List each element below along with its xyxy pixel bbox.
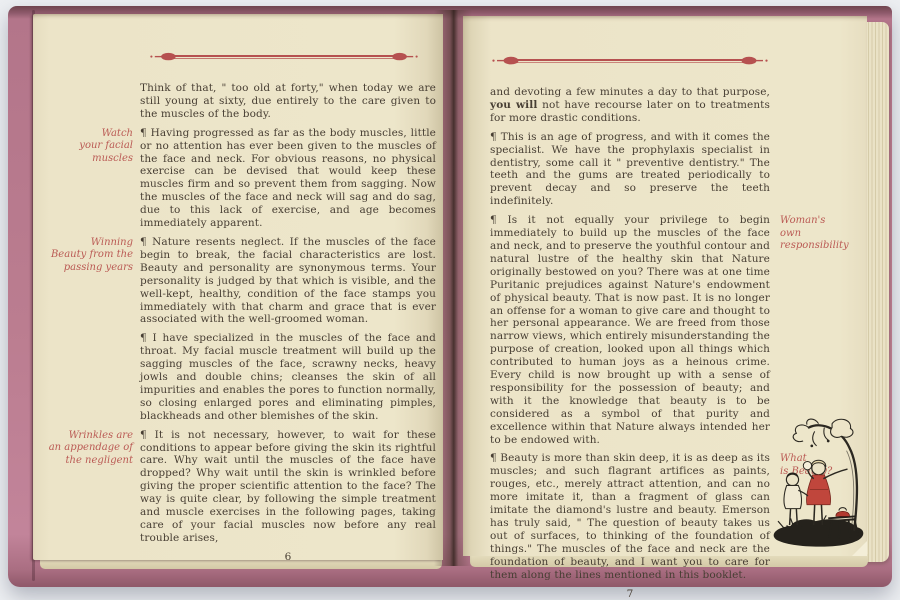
paragraph-row: ¶ Is it not equally your privilege to be… <box>463 214 867 446</box>
paragraph-row: Winning Beauty from the passing years ¶ … <box>33 236 443 326</box>
body-paragraph: ¶ Nature resents neglect. If the muscles… <box>140 236 436 326</box>
ornamental-rule-icon <box>148 52 420 62</box>
book-spread-scan: Think of that, " too old at forty," when… <box>0 0 900 600</box>
body-paragraph: and devoting a few minutes a day to that… <box>490 86 770 125</box>
margin-note <box>780 86 864 87</box>
margin-note: Woman's own responsibility <box>780 214 864 253</box>
body-paragraph: ¶ This is an age of progress, and with i… <box>490 131 770 208</box>
margin-note: Watch your facial muscles <box>33 127 133 166</box>
paragraph-row: Watch your facial muscles ¶ Having progr… <box>33 127 443 230</box>
margin-note <box>780 131 864 132</box>
body-paragraph: ¶ I have specialized in the muscles of t… <box>140 332 436 422</box>
body-paragraph: Think of that, " too old at forty," when… <box>140 82 436 121</box>
paragraph-row: Think of that, " too old at forty," when… <box>33 82 443 121</box>
margin-note <box>33 82 133 83</box>
body-paragraph: ¶ Having progressed as far as the body m… <box>140 127 436 230</box>
body-paragraph: ¶ It is not necessary, however, to wait … <box>140 429 436 545</box>
ornamental-rule-icon <box>490 56 770 66</box>
body-paragraph: ¶ Beauty is more than skin deep, it is a… <box>490 452 770 581</box>
intro-pre: and devoting a few minutes a day to that… <box>490 86 770 98</box>
left-page: Think of that, " too old at forty," when… <box>33 14 443 560</box>
margin-note: Winning Beauty from the passing years <box>33 236 133 275</box>
margin-note: Wrinkles are an appendage of the neglige… <box>33 429 133 468</box>
paragraph-row: ¶ I have specialized in the muscles of t… <box>33 332 443 422</box>
page-number-left: 6 <box>140 551 436 563</box>
page-number-right: 7 <box>490 588 770 600</box>
paragraph-row: and devoting a few minutes a day to that… <box>463 86 867 125</box>
body-paragraph: ¶ Is it not equally your privilege to be… <box>490 214 770 446</box>
page-dogear-corner <box>852 541 867 556</box>
margin-note <box>33 332 133 333</box>
paragraph-row: ¶ This is an age of progress, and with i… <box>463 131 867 208</box>
paragraph-row: Wrinkles are an appendage of the neglige… <box>33 429 443 545</box>
children-under-sapling-illustration-icon <box>763 414 877 554</box>
intro-bold: you will <box>490 99 537 111</box>
right-page: and devoting a few minutes a day to that… <box>463 16 867 556</box>
